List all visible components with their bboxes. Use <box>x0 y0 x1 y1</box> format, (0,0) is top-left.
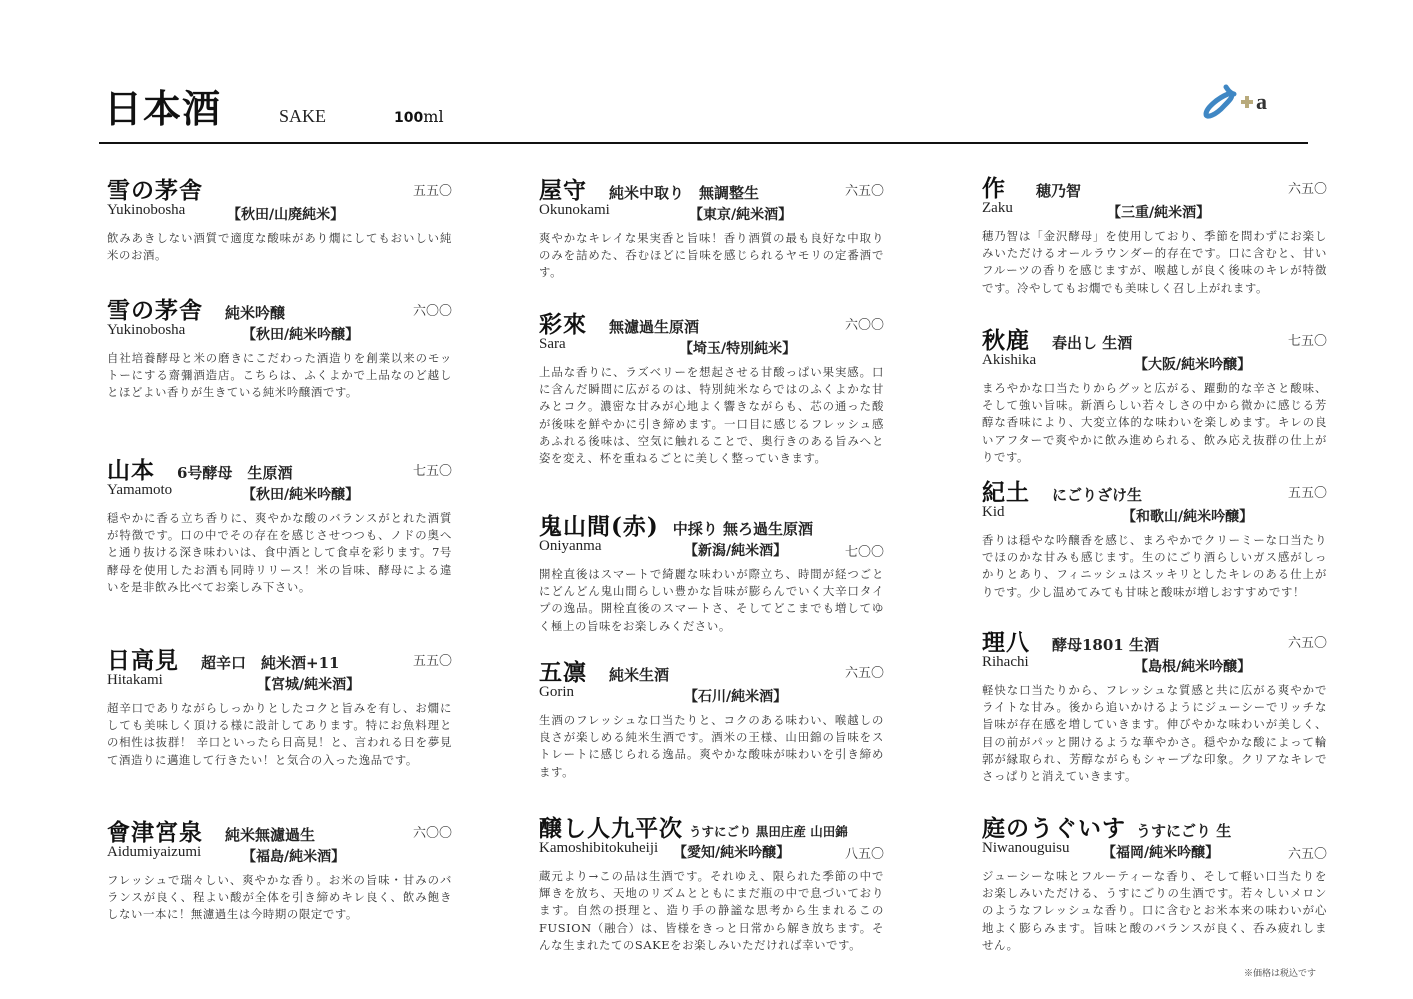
sake-description: まろやかな口当たりからグッと広がる、躍動的な辛さと酸味、そして強い旨味。新酒らし… <box>982 380 1327 466</box>
sake-region: 【福岡/純米吟醸】 <box>1102 842 1219 862</box>
sake-type: 穂乃智 <box>1036 180 1081 201</box>
sake-description: 爽やかなキレイな果実香と旨味！香り酒質の最も良好な中取りのみを詰めた、呑むほどに… <box>539 230 884 282</box>
sake-name: 日高見 <box>107 642 179 675</box>
sake-name: 庭のうぐいす <box>982 810 1126 843</box>
sake-type: 純米無濾過生 <box>225 824 315 845</box>
sake-region: 【島根/純米吟醸】 <box>1134 656 1251 676</box>
tax-note: ※価格は税込です <box>1244 966 1316 979</box>
sake-type: 春出し 生酒 <box>1052 332 1132 353</box>
sake-romaji: Kid <box>982 504 1005 521</box>
sake-price: 六〇〇 <box>845 314 884 333</box>
sake-item: 屋守純米中取り 無調整生六五〇 Okunokami【東京/純米酒】 爽やかなキレ… <box>539 172 884 282</box>
sake-item: 紀土にごりざけ生五五〇 Kid【和歌山/純米吟醸】 香りは穏やな吟醸香を感じ、ま… <box>982 474 1327 601</box>
sake-name: 屋守 <box>539 172 587 205</box>
sake-price: 五五〇 <box>1288 482 1327 501</box>
sake-price: 六五〇 <box>845 180 884 199</box>
sake-type: 中採り 無ろ過生原酒 <box>673 518 813 539</box>
sake-item: 山本6号酵母 生原酒七五〇 Yamamoto【秋田/純米吟醸】 穏やかに香る立ち… <box>107 452 452 596</box>
sake-romaji: Oniyanma <box>539 538 601 555</box>
sake-romaji: Gorin <box>539 684 574 701</box>
sake-region: 【東京/純米酒】 <box>689 204 792 224</box>
sake-romaji: Zaku <box>982 200 1013 217</box>
sake-type: にごりざけ生 <box>1052 484 1142 505</box>
sake-name: 紀土 <box>982 474 1030 507</box>
sake-price: 六〇〇 <box>413 300 452 319</box>
sake-region: 【宮城/純米酒】 <box>257 674 360 694</box>
sake-item: 雪の茅舎五五〇 Yukinobosha【秋田/山廃純米】 飲みあきしない酒質で適… <box>107 172 452 264</box>
sake-price: 七〇〇 <box>845 541 884 560</box>
logo-mark-icon <box>1200 84 1240 120</box>
sake-name: 雪の茅舎 <box>107 172 203 205</box>
sake-item: 理八酵母1801 生酒六五〇 Rihachi【島根/純米吟醸】 軽快な口当たりか… <box>982 624 1327 785</box>
sake-region: 【新潟/純米酒】 <box>684 540 787 560</box>
sake-price: 六〇〇 <box>413 822 452 841</box>
sake-name: 作 <box>982 170 1006 203</box>
sake-description: 蔵元より→この品は生酒です。それゆえ、限られた季節の中で輝きを放ち、天地のリズム… <box>539 868 884 954</box>
sake-price: 五五〇 <box>413 180 452 199</box>
sake-description: 上品な香りに、ラズベリーを想起させる甘酸っぱい果実感。口に含んだ瞬間に広がるのは… <box>539 364 884 467</box>
sake-romaji: Akishika <box>982 352 1036 369</box>
sake-type: うすにごり 黒田庄産 山田錦 <box>689 822 848 840</box>
sake-romaji: Sara <box>539 336 566 353</box>
sake-region: 【愛知/純米吟醸】 <box>673 842 790 862</box>
sake-name: 醸し人九平次 <box>539 810 683 843</box>
sake-romaji: Rihachi <box>982 654 1029 671</box>
sake-price: 六五〇 <box>1288 632 1327 651</box>
serving-size-unit: ml <box>423 107 443 126</box>
sake-item: 庭のうぐいすうすにごり 生 Niwanouguisu【福岡/純米吟醸】六五〇 ジ… <box>982 810 1327 954</box>
sake-region: 【石川/純米酒】 <box>684 686 787 706</box>
sake-romaji: Aidumiyaizumi <box>107 844 201 861</box>
sake-romaji: Niwanouguisu <box>982 840 1070 857</box>
sake-name: 秋鹿 <box>982 322 1030 355</box>
brand-logo: a <box>1200 84 1310 120</box>
sake-region: 【埼玉/特別純米】 <box>679 338 796 358</box>
sake-region: 【秋田/山廃純米】 <box>227 204 344 224</box>
header-divider <box>99 142 1308 144</box>
sake-item: 會津宮泉純米無濾過生六〇〇 Aidumiyaizumi【福島/純米酒】 フレッシ… <box>107 814 452 924</box>
sake-region: 【和歌山/純米吟醸】 <box>1122 506 1253 526</box>
sake-romaji: Hitakami <box>107 672 163 689</box>
sake-description: 飲みあきしない酒質で適度な酸味があり燗にしてもおいしい純米のお酒。 <box>107 230 452 264</box>
sake-item: 彩來無濾過生原酒六〇〇 Sara【埼玉/特別純米】 上品な香りに、ラズベリーを想… <box>539 306 884 467</box>
sake-price: 七五〇 <box>413 460 452 479</box>
sake-price: 七五〇 <box>1288 330 1327 349</box>
plus-icon <box>1240 95 1254 109</box>
page-subtitle: SAKE <box>279 106 326 127</box>
sake-price: 五五〇 <box>413 650 452 669</box>
sake-description: 穏やかに香る立ち香りに、爽やかな酸のバランスがとれた酒質が特徴です。口の中でその… <box>107 510 452 596</box>
sake-name: 鬼山間(赤) <box>539 508 659 541</box>
sake-description: 自社培養酵母と米の磨きにこだわった酒造りを創業以来のモットーにする齋彌酒造店。こ… <box>107 350 452 402</box>
sake-item: 作穂乃智六五〇 Zaku【三重/純米酒】 穂乃智は「金沢酵母」を使用しており、季… <box>982 170 1327 297</box>
menu-header: 日本酒 SAKE 100ml <box>104 78 444 128</box>
sake-item: 秋鹿春出し 生酒七五〇 Akishika【大阪/純米吟醸】 まろやかな口当たりか… <box>982 322 1327 466</box>
sake-name: 五凛 <box>539 654 587 687</box>
sake-romaji: Okunokami <box>539 202 610 219</box>
sake-name: 會津宮泉 <box>107 814 203 847</box>
sake-item: 鬼山間(赤)中採り 無ろ過生原酒 Oniyanma【新潟/純米酒】七〇〇 開栓直… <box>539 508 884 635</box>
sake-type: うすにごり 生 <box>1136 820 1231 841</box>
sake-price: 六五〇 <box>1288 843 1327 862</box>
sake-price: 八五〇 <box>845 843 884 862</box>
sake-description: 超辛口でありながらしっかりとしたコクと旨みを有し、お燗にしても美味しく頂ける様に… <box>107 700 452 769</box>
sake-name: 雪の茅舎 <box>107 292 203 325</box>
sake-price: 六五〇 <box>1288 178 1327 197</box>
sake-region: 【秋田/純米吟醸】 <box>242 484 359 504</box>
sake-romaji: Yukinobosha <box>107 322 185 339</box>
sake-description: 香りは穏やな吟醸香を感じ、まろやかでクリーミーな口当たりでほのかな甘みも感じます… <box>982 532 1327 601</box>
sake-item: 醸し人九平次うすにごり 黒田庄産 山田錦 Kamoshibitokuheiji【… <box>539 810 884 954</box>
serving-size-number: 100 <box>394 110 423 126</box>
sake-description: 開栓直後はスマートで綺麗な味わいが際立ち、時間が経つごとにどんどん鬼山間らしい豊… <box>539 566 884 635</box>
sake-item: 五凛純米生酒六五〇 Gorin【石川/純米酒】 生酒のフレッシュな口当たりと、コ… <box>539 654 884 781</box>
sake-type: 酵母1801 生酒 <box>1052 634 1159 655</box>
sake-name: 理八 <box>982 624 1030 657</box>
sake-name: 山本 <box>107 452 155 485</box>
sake-name: 彩來 <box>539 306 587 339</box>
page-title: 日本酒 <box>104 78 221 133</box>
logo-letter: a <box>1256 89 1267 115</box>
sake-region: 【秋田/純米吟醸】 <box>242 324 359 344</box>
sake-region: 【福島/純米酒】 <box>242 846 345 866</box>
serving-size: 100ml <box>394 107 444 126</box>
sake-type: 純米吟醸 <box>225 302 285 323</box>
sake-price: 六五〇 <box>845 662 884 681</box>
sake-type: 純米中取り 無調整生 <box>609 182 759 203</box>
sake-romaji: Yukinobosha <box>107 202 185 219</box>
sake-region: 【三重/純米酒】 <box>1107 202 1210 222</box>
sake-description: 穂乃智は「金沢酵母」を使用しており、季節を問わずにお楽しみいただけるオールラウン… <box>982 228 1327 297</box>
sake-description: ジューシーな味とフルーティーな香り、そして軽い口当たりをお楽しみいただける、うす… <box>982 868 1327 954</box>
sake-region: 【大阪/純米吟醸】 <box>1134 354 1251 374</box>
sake-description: 生酒のフレッシュな口当たりと、コクのある味わい、喉越しの良さが楽しめる純米生酒で… <box>539 712 884 781</box>
sake-type: 6号酵母 生原酒 <box>177 462 292 483</box>
sake-description: フレッシュで瑞々しい、爽やかな香り。お米の旨味・甘みのバランスが良く、程よい酸が… <box>107 872 452 924</box>
sake-romaji: Yamamoto <box>107 482 172 499</box>
sake-type: 無濾過生原酒 <box>609 316 699 337</box>
sake-description: 軽快な口当たりから、フレッシュな質感と共に広がる爽やかでライトな甘み。後から追い… <box>982 682 1327 785</box>
sake-type: 純米生酒 <box>609 664 669 685</box>
sake-item: 日高見超辛口 純米酒+11五五〇 Hitakami【宮城/純米酒】 超辛口であり… <box>107 642 452 769</box>
sake-romaji: Kamoshibitokuheiji <box>539 840 658 857</box>
sake-type: 超辛口 純米酒+11 <box>201 652 339 673</box>
sake-item: 雪の茅舎純米吟醸六〇〇 Yukinobosha【秋田/純米吟醸】 自社培養酵母と… <box>107 292 452 402</box>
